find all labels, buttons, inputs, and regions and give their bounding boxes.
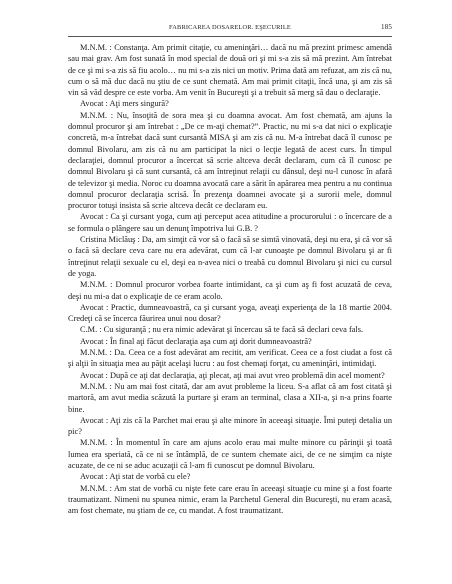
- paragraph: Avocat : Ca şi cursant yoga, cum aţi per…: [68, 211, 392, 234]
- paragraph: M.N.M. : Am stat de vorbă cu nişte fete …: [68, 483, 392, 517]
- paragraph: Avocat : Aţi zis că la Parchet mai erau …: [68, 415, 392, 438]
- paragraph: C.M. : Cu siguranţă ; nu era nimic adevă…: [68, 324, 392, 335]
- paragraph: Avocat : În final aţi făcut declaraţia a…: [68, 336, 392, 347]
- header-rule: [68, 36, 392, 37]
- paragraph: M.N.M. : Nu, însoţită de sora mea şi cu …: [68, 110, 392, 212]
- paragraph: Avocat : După ce aţi dat declaraţia, aţi…: [68, 370, 392, 381]
- running-title: FABRICAREA DOSARELOR. EŞECURILE: [68, 24, 392, 31]
- paragraph: Cristina Miclăuş : Da, am simţit că vor …: [68, 234, 392, 279]
- paragraph: M.N.M. : Da. Ceea ce a fost adevărat am …: [68, 347, 392, 370]
- paragraph: Avocat : Aţi mers singură?: [68, 98, 392, 109]
- running-head: FABRICAREA DOSARELOR. EŞECURILE 185: [68, 22, 392, 34]
- paragraph: M.N.M. : Nu am mai fost citată, dar am a…: [68, 381, 392, 415]
- page-number: 185: [381, 23, 392, 31]
- paragraph: M.N.M. : Domnul procuror vorbea foarte i…: [68, 279, 392, 302]
- paragraph: Avocat : Aţi stat de vorbă cu ele?: [68, 471, 392, 482]
- body-text: M.N.M. : Constanţa. Am primit citaţie, c…: [68, 42, 392, 516]
- paragraph: M.N.M. : În momentul în care am ajuns ac…: [68, 437, 392, 471]
- paragraph: Avocat : Practic, dumneavoastră, ca şi c…: [68, 302, 392, 325]
- paragraph: M.N.M. : Constanţa. Am primit citaţie, c…: [68, 42, 392, 98]
